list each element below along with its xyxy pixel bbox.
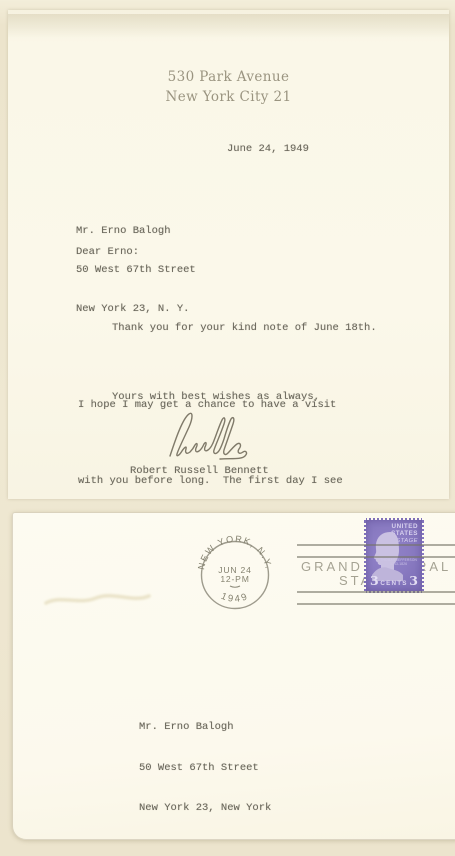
postmark-circle: NEW YORK, N.Y. JUN 24 12-PM 1949 [193, 533, 277, 617]
scanned-letter-and-envelope: 530 Park Avenue New York City 21 June 24… [0, 0, 455, 856]
stamp-caption: THOMAS JEFFERSON 1743-1826 [380, 559, 417, 567]
cancellation-bar [297, 556, 455, 558]
recipient-name: Mr. Erno Balogh [76, 225, 196, 238]
cancellation-bar [297, 544, 455, 546]
letter-date: June 24, 1949 [227, 143, 309, 155]
svg-text:1949: 1949 [219, 591, 250, 605]
stamp-numeral-left: 3 [370, 573, 379, 588]
letterhead: 530 Park Avenue New York City 21 [8, 67, 449, 107]
salutation: Dear Erno: [76, 246, 139, 258]
envelope-city: New York 23, New York [139, 802, 271, 816]
cancellation-bar [297, 591, 455, 593]
postmark-time-text: 12-PM [220, 574, 249, 584]
typed-signature-name: Robert Russell Bennett [130, 465, 269, 477]
signature-script [158, 406, 258, 464]
letter-sheet: 530 Park Avenue New York City 21 June 24… [8, 10, 449, 499]
letterhead-street: 530 Park Avenue [8, 67, 449, 87]
stamp-denomination: 3 CENTS 3 [370, 573, 418, 588]
faint-pencil-scrawl [41, 585, 156, 615]
closing-line: Yours with best wishes as always, [112, 391, 320, 403]
fold-shadow [8, 14, 449, 38]
envelope-street: 50 West 67th Street [139, 762, 271, 776]
stamp-cents-label: CENTS [380, 580, 407, 587]
cancellation-bar [297, 603, 455, 605]
body-line: Thank you for your kind note of June 18t… [78, 316, 377, 342]
stamp-caption-years: 1743-1826 [380, 563, 417, 567]
envelope-addressee: Mr. Erno Balogh [139, 721, 271, 735]
postmark-year-text: 1949 [219, 591, 250, 605]
envelope: NEW YORK, N.Y. JUN 24 12-PM 1949 GRAND C… [12, 512, 455, 840]
letterhead-city: New York City 21 [8, 87, 449, 107]
stamp-numeral-right: 3 [409, 573, 418, 588]
envelope-address-block: Mr. Erno Balogh 50 West 67th Street New … [139, 694, 271, 843]
